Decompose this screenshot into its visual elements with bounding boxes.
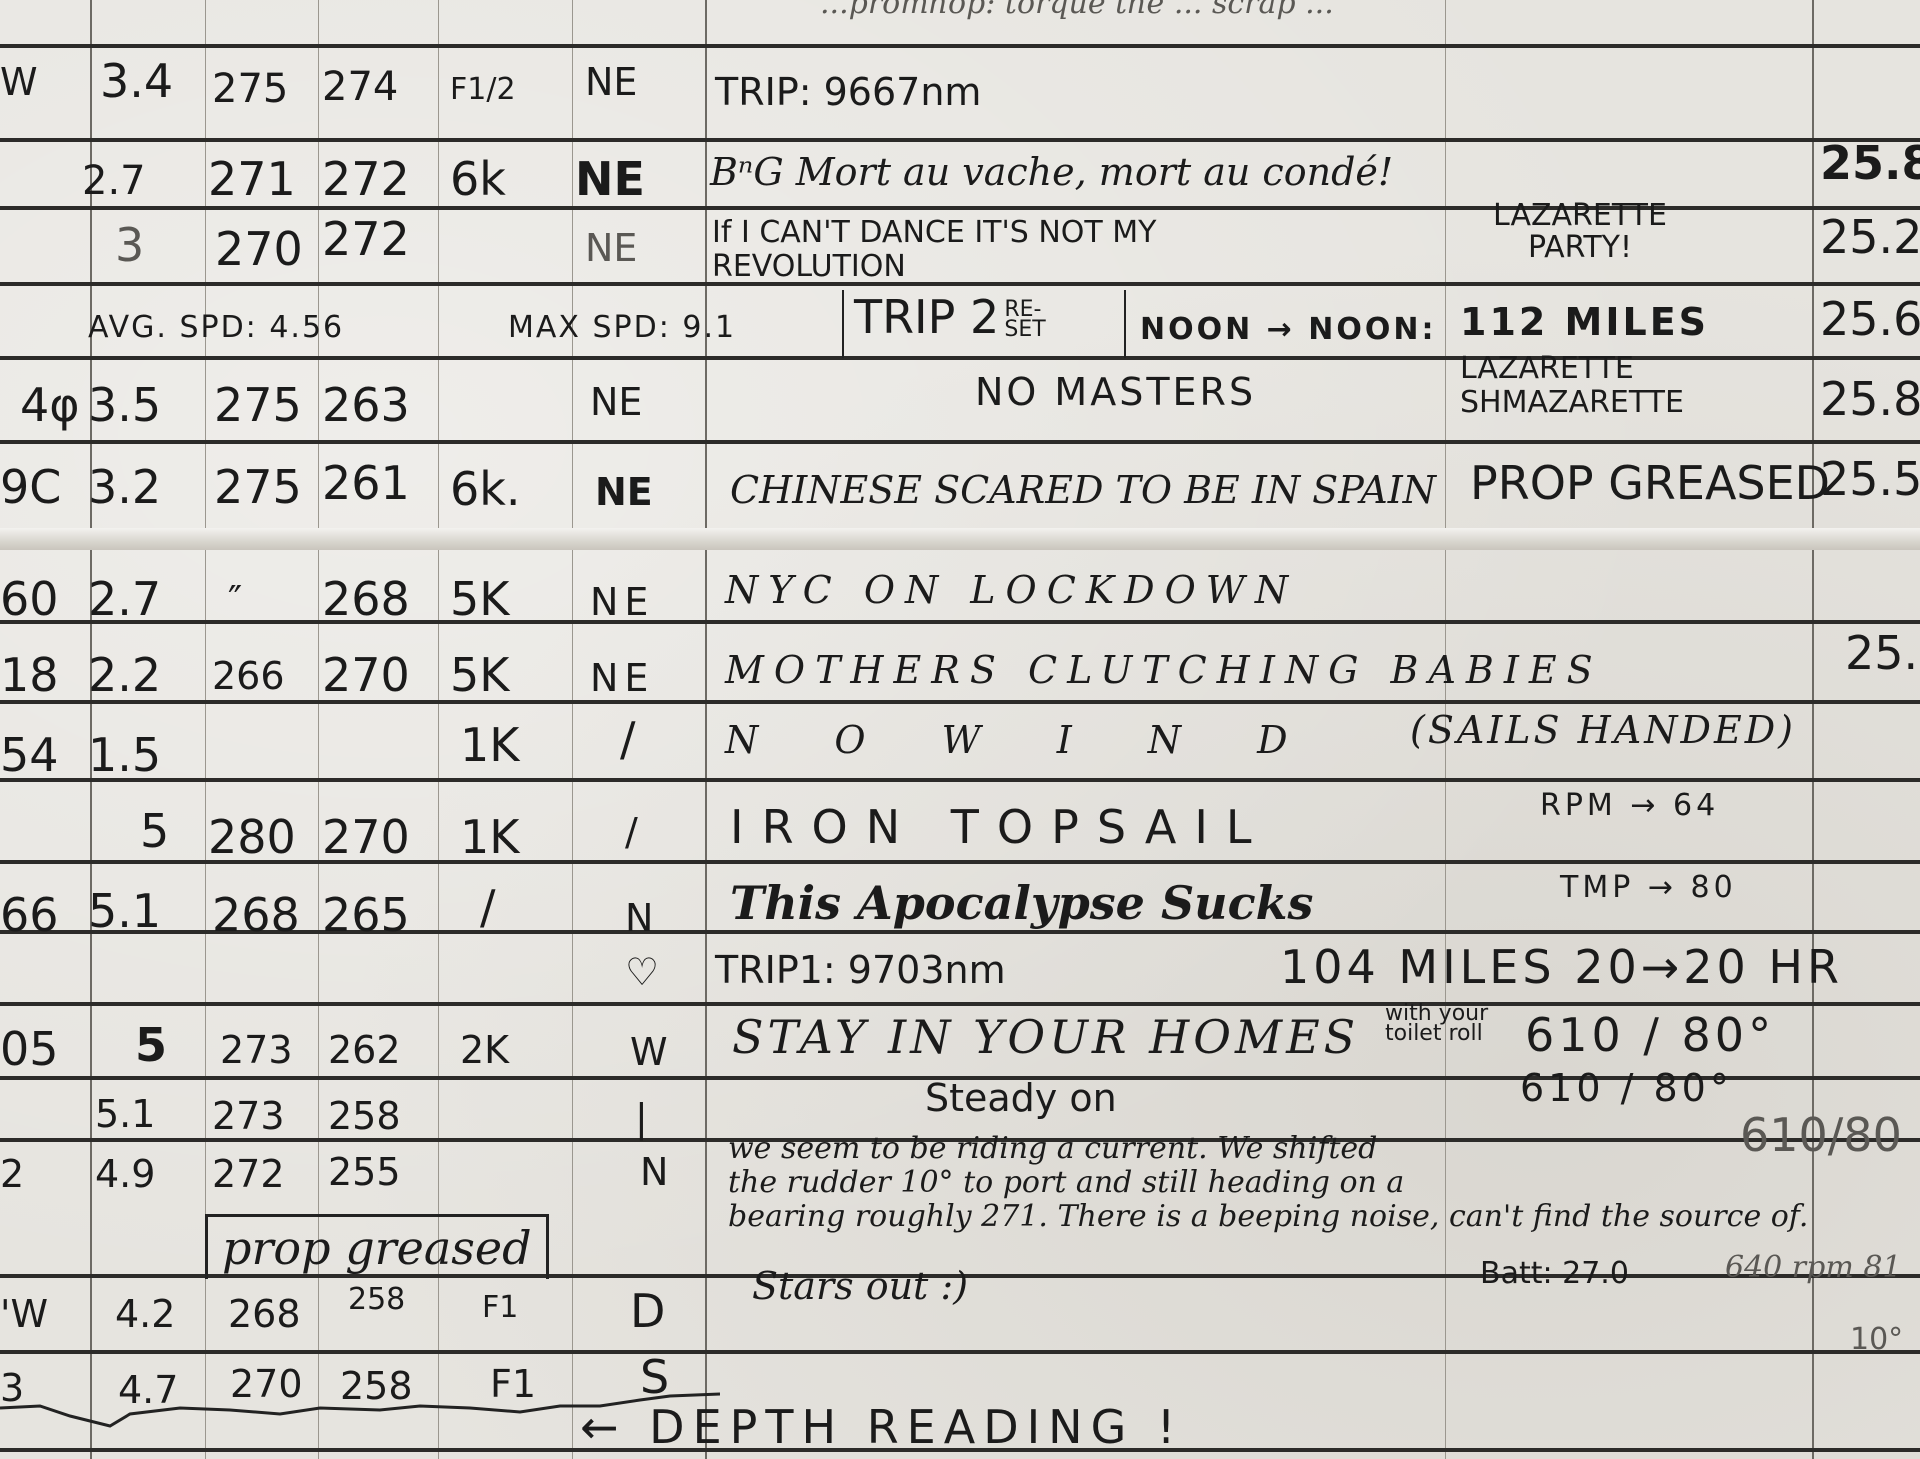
column-divider [572, 0, 573, 1459]
remarks: TRIP: 9667nm [715, 70, 981, 114]
remarks: Stars out :) [752, 1264, 968, 1308]
course-steered: ″ [228, 578, 242, 622]
row-rule [0, 1002, 1920, 1006]
wind-force: F1/2 [450, 72, 516, 107]
course-made: 258 [348, 1282, 405, 1317]
wind-dir: N [625, 896, 653, 940]
remarks: STAY IN YOUR HOMES [732, 1010, 1359, 1064]
remarks: CHINESE SCARED TO BE IN SPAIN [730, 468, 1436, 512]
wind-force: 5K [450, 648, 509, 702]
remarks: TRIP1: 9703nm [715, 948, 1006, 992]
remarks: IRON TOPSAIL [730, 800, 1270, 854]
course-steered: 273 [220, 1028, 293, 1072]
wind-force: 6k [450, 152, 506, 206]
speed: 3.5 [88, 378, 161, 432]
notes: LAZARETTE SHMAZARETTE [1460, 352, 1790, 420]
speed: 3.4 [100, 54, 173, 108]
speed: 5.1 [95, 1092, 155, 1136]
remarks: BⁿG Mort au vache, mort au condé! [710, 150, 1393, 194]
wind-dir: W [630, 1030, 668, 1074]
course-made: 272 [322, 152, 410, 206]
wind-dir: NE [575, 152, 645, 206]
time: 05 [0, 1022, 59, 1076]
speed: 4.9 [95, 1152, 155, 1196]
wind-dir: NE [590, 580, 654, 624]
course-steered: 275 [212, 66, 288, 112]
trip-reset-box: TRIP 2 RE-SET [842, 290, 1126, 358]
course-steered: 268 [228, 1292, 301, 1336]
wind-force: 1K [460, 810, 519, 864]
speed: 2.2 [88, 648, 161, 702]
course-steered: 275 [214, 378, 302, 432]
time: 18 [0, 648, 59, 702]
time: 4φ [20, 378, 80, 432]
course-made: 258 [328, 1094, 401, 1138]
speed: 5 [140, 804, 169, 858]
wind-dir: NE [585, 226, 637, 270]
remarks-multiline: we seem to be riding a current. We shift… [728, 1132, 1808, 1234]
noon-value: 112 MILES [1460, 300, 1709, 344]
course-steered: 273 [212, 1094, 285, 1138]
wind-dir: NE [595, 470, 653, 514]
wind-dir: NE [590, 656, 654, 700]
notes: 104 MILES 20→20 HR [1280, 940, 1843, 994]
baro: 25.6 [1820, 292, 1920, 346]
speed: 5 [135, 1018, 167, 1072]
course-steered: 272 [212, 1152, 285, 1196]
time: 60 [0, 572, 59, 626]
course-steered: 280 [208, 810, 296, 864]
notes: RPM → 64 [1540, 788, 1719, 823]
time: 54 [0, 728, 59, 782]
trip-label: TRIP 2 [854, 290, 999, 344]
row-rule [0, 700, 1920, 704]
course-steered: 270 [215, 222, 303, 276]
course-made: 255 [328, 1150, 401, 1194]
heart-icon: ♡ [625, 950, 659, 994]
remarks: N O W I N D [725, 718, 1320, 762]
course-steered: 266 [212, 654, 285, 698]
row-rule [0, 1350, 1920, 1354]
speed: 3.2 [88, 460, 161, 514]
notes: PROP GREASED [1470, 456, 1830, 510]
avg-speed: AVG. SPD: 4.56 [88, 310, 344, 345]
wind-force: F1 [482, 1290, 518, 1325]
notes: 610 / 80° [1525, 1008, 1775, 1062]
time: 66 [0, 888, 59, 942]
remarks: Steady on [925, 1076, 1117, 1120]
course-steered: 271 [208, 152, 296, 206]
row-rule [0, 778, 1920, 782]
speed: 3 [115, 218, 144, 272]
speed: 1.5 [88, 728, 161, 782]
wind-dir: | [635, 1096, 648, 1140]
course-made: 270 [322, 648, 410, 702]
course-made: 261 [322, 456, 410, 510]
remarks-line: bearing roughly 271. There is a beeping … [728, 1200, 1808, 1234]
speed: 4.2 [115, 1292, 175, 1336]
wind-force: 2K [460, 1028, 509, 1072]
remarks-aside: with your toilet roll [1385, 1004, 1505, 1044]
time: 'W [0, 1292, 48, 1336]
speed: 5.1 [88, 884, 161, 938]
noon-label: NOON → NOON: [1140, 312, 1436, 347]
remarks: This Apocalypse Sucks [730, 876, 1313, 930]
wind-force: 6k. [450, 462, 521, 516]
depth-reading-note: ← DEPTH READING ! [580, 1400, 1183, 1454]
notes: LAZARETTE PARTY! [1460, 200, 1700, 264]
trip-reset: RE-SET [1004, 300, 1044, 340]
page-fold [0, 528, 1920, 550]
course-made: 263 [322, 378, 410, 432]
wind-dir: D [630, 1284, 665, 1338]
remarks: MOTHERS CLUTCHING BABIES [725, 648, 1603, 692]
row-rule [0, 620, 1920, 624]
remarks-line: the rudder 10° to port and still heading… [728, 1166, 1808, 1200]
row-rule [0, 440, 1920, 444]
column-divider [705, 0, 707, 1459]
prop-greased-note: prop greased [205, 1214, 549, 1279]
row-rule [0, 44, 1920, 48]
speed: 2.7 [82, 158, 146, 204]
speed: 2.7 [88, 572, 161, 626]
notes: TMP → 80 [1560, 870, 1737, 905]
baro: 25. [1845, 626, 1918, 680]
baro: 10° [1850, 1322, 1903, 1357]
course-steered: 268 [212, 888, 300, 942]
header-partial: ...promhop: torque the ... scrap ... [820, 0, 1334, 21]
course-made: 265 [322, 888, 410, 942]
wind-force: 5K [450, 572, 509, 626]
baro: 25.8 [1820, 136, 1920, 190]
notes-secondary: 640 rpm 81 [1725, 1250, 1902, 1285]
remarks: NYC ON LOCKDOWN [725, 568, 1298, 612]
baro: 25.2 [1820, 210, 1920, 264]
course-made: 268 [322, 572, 410, 626]
baro: 25.8 [1820, 372, 1920, 426]
remarks: If I CAN'T DANCE IT'S NOT MY REVOLUTION [712, 216, 1312, 284]
wind-dir: N [640, 1150, 668, 1194]
column-divider [1812, 0, 1814, 1459]
course-made: 270 [322, 810, 410, 864]
max-speed: MAX SPD: 9.1 [508, 310, 736, 345]
row-rule [0, 138, 1920, 142]
time: 2 [0, 1152, 24, 1196]
log-page: ...promhop: torque the ... scrap ... W 3… [0, 0, 1920, 1459]
notes: (SAILS HANDED) [1410, 708, 1796, 752]
notes: Batt: 27.0 [1480, 1256, 1629, 1291]
wind-dir: / [625, 810, 638, 854]
wind-force: / [480, 880, 496, 934]
course-made: 262 [328, 1028, 401, 1072]
course-made: 274 [322, 64, 398, 110]
notes: 610/80 [1740, 1108, 1902, 1162]
wind-dir: / [620, 712, 636, 766]
course-steered: 275 [214, 460, 302, 514]
baro: 25.5 [1820, 452, 1920, 506]
wind-dir: NE [585, 60, 637, 104]
remarks: NO MASTERS [975, 370, 1256, 414]
notes: 610 / 80° [1520, 1066, 1733, 1110]
wind-force: 1K [460, 718, 519, 772]
remarks-line: we seem to be riding a current. We shift… [728, 1132, 1808, 1166]
time: W [0, 60, 38, 104]
time: 9C [0, 460, 61, 514]
course-made: 272 [322, 212, 410, 266]
wind-dir: NE [590, 380, 642, 424]
